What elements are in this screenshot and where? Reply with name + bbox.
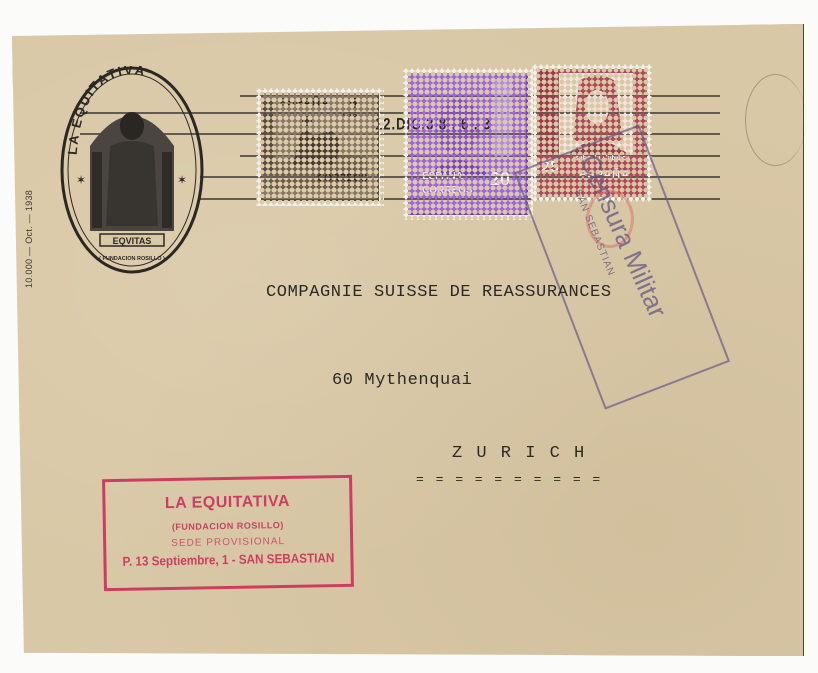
stamp-unit: CTS [343, 112, 357, 119]
stamp-5-cts: ESPAÑA 5 CTS CORREOS [256, 88, 384, 206]
stamp-country: ESPAÑA [422, 171, 463, 182]
stamp-label: CORREOS [317, 173, 368, 184]
handstamp-subtitle: (FUNDACION ROSILLO) [106, 519, 350, 533]
svg-text:( FUNDACION ROSILLO ): ( FUNDACION ROSILLO ) [99, 256, 165, 262]
partial-postmark [745, 74, 806, 166]
la-equitativa-emblem: EQVITAS ( FUNDACION ROSILLO ) LA EQUITAT… [60, 66, 205, 274]
stamp-value: 5 [349, 95, 357, 112]
address-city: Z U R I C H [452, 444, 586, 463]
handstamp-title: LA EQUITATIVA [105, 492, 349, 514]
handstamp-seat: SEDE PROVISIONAL [106, 535, 350, 550]
stamp-value: 20 [490, 169, 510, 190]
svg-text:✶: ✶ [177, 173, 187, 187]
svg-text:EQVITAS: EQVITAS [113, 236, 152, 246]
handstamp-address: P. 13 Septiembre, 1 - SAN SEBASTIAN [119, 550, 339, 569]
stamp-country: ESPAÑA [279, 97, 330, 109]
print-run-note: 10.000 — Oct. — 1938 [24, 190, 34, 288]
sender-handstamp: LA EQUITATIVA (FUNDACION ROSILLO) SEDE P… [102, 475, 354, 591]
address-underline: = = = = = = = = = = [416, 472, 602, 487]
stamp-20-cts: ESPAÑA CORREOS 20 [403, 68, 533, 220]
svg-text:✶: ✶ [76, 173, 86, 187]
stamp-label: CORREOS [422, 185, 473, 196]
address-line-1: COMPAGNIE SUISSE DE REASSURANCES [266, 283, 612, 302]
address-line-2: 60 Mythenquai [332, 371, 472, 390]
